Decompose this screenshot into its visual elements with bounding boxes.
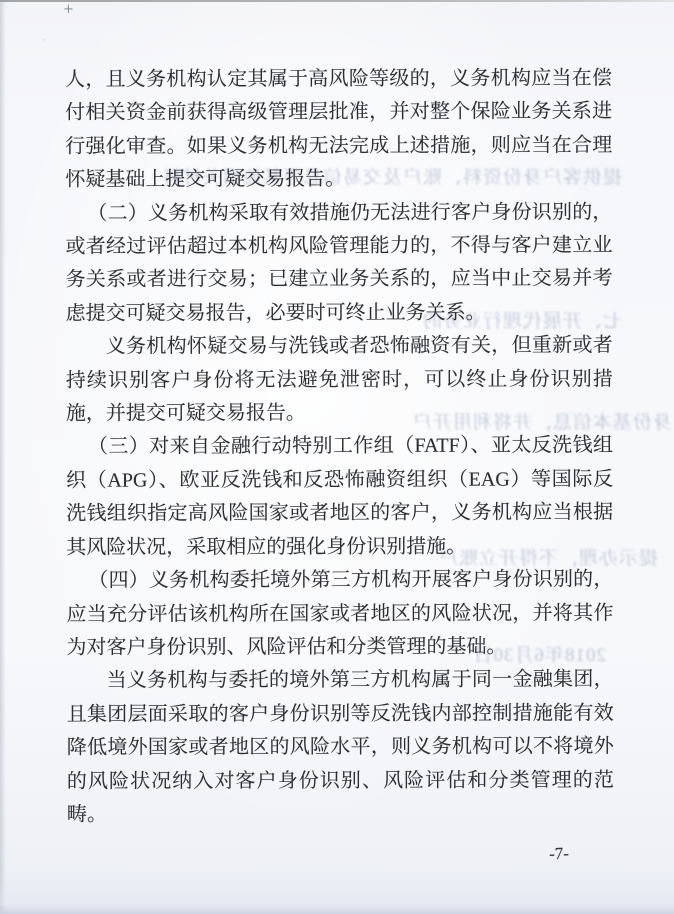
paragraph-item-3: （三）对来自金融行动特别工作组（FATF）、亚太反洗钱组织（APG）、欧亚反洗钱… — [66, 430, 613, 565]
registration-mark-icon: · — [42, 37, 45, 46]
paragraph-group-note: 当义务机构与委托的境外第三方机构属于同一金融集团，且集团层面采取的客户身份识别等… — [67, 664, 614, 832]
paragraph-item-4: （四）义务机构委托境外第三方机构开展客户身份识别的，应当充分评估该机构所在国家或… — [66, 563, 613, 665]
scan-edge-bottom-haze — [0, 872, 674, 906]
paragraph-continuation: 人，且义务机构认定其属于高风险等级的，义务机构应当在偿付相关资金前获得高级管理层… — [65, 62, 612, 197]
paragraph-item-2: （二）义务机构采取有效措施仍无法进行客户身份识别的，或者经过评估超过本机构风险管… — [65, 196, 612, 331]
document-text: 人，且义务机构认定其属于高风险等级的，义务机构应当在偿付相关资金前获得高级管理层… — [65, 62, 614, 832]
scanned-page: + · 提供客户身份资料、账户及交易信息等其他相关材料 七、开展代理行业务的 身… — [0, 0, 674, 914]
scan-edge-bottom — [0, 904, 674, 914]
paragraph-secrecy-note: 义务机构怀疑交易与洗钱或者恐怖融资有关，但重新或者持续识别客户身份将无法避免泄密… — [66, 330, 613, 432]
page-number: -7- — [524, 843, 594, 865]
registration-mark-icon: + — [63, 3, 74, 16]
scan-edge-left — [0, 0, 6, 914]
scan-edge-top — [0, 0, 674, 2]
